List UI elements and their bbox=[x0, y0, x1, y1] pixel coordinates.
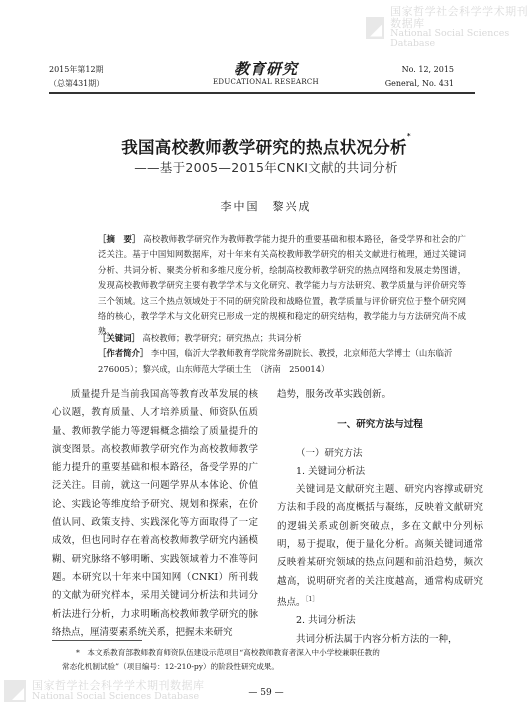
author-info: ［作者简介］ 李中国，临沂大学教师教育学院常务副院长、教授，北京师范大学博士（山… bbox=[98, 346, 466, 377]
section-heading: 一、研究方法与过程 bbox=[277, 416, 483, 434]
footnote-mark: * bbox=[76, 648, 80, 657]
footnote: * 本文系教育部教师教育师资队伍建设示范项目“高校教师教育者深入中小学校兼职任教… bbox=[76, 646, 476, 674]
watermark-en: National Social Sciences Database bbox=[390, 29, 532, 49]
article-subtitle: ——基于2005—2015年CNKI文献的共词分析 bbox=[0, 158, 532, 176]
abstract-text: 高校教师教学研究作为教师教学能力提升的重要基础和根本路径，备受学界和社会的广泛关… bbox=[98, 234, 466, 336]
database-watermark-top: 国家哲学社会科学学术期刊数据库 National Social Sciences… bbox=[366, 6, 532, 49]
issue-number-en: No. 12, 2015 bbox=[385, 63, 454, 77]
article-authors: 李中国 黎兴成 bbox=[0, 198, 532, 214]
keywords-text: 高校教师；教学研究；研究热点；共词分析 bbox=[143, 333, 302, 343]
article-title: 我国高校教师教学研究的热点状况分析* bbox=[0, 134, 532, 158]
footnote-line-1: * 本文系教育部教师教育师资队伍建设示范项目“高校教师教育者深入中小学校兼职任教… bbox=[76, 646, 476, 660]
citation-1: ［1］ bbox=[306, 596, 319, 603]
intro-continuation: 趋势，服务改革实践创新。 bbox=[277, 386, 483, 404]
intro-paragraph: 质量提升是当前我国高等教育改革发展的核心议题，教育质量、人才培养质量、师资队伍质… bbox=[52, 386, 258, 642]
abstract-label: ［摘 要］ bbox=[98, 234, 140, 244]
header-rule bbox=[49, 92, 475, 94]
author-info-label: ［作者简介］ bbox=[98, 348, 148, 358]
footnote-line-2: 常态化机制试验”（项目编号：12-210-py）的阶段性研究成果。 bbox=[62, 660, 476, 674]
method1-text: 关键词是文献研究主题、研究内容撑或研究方法和手段的高度概括与凝练，反映着文献研究… bbox=[277, 484, 483, 608]
body-right-column: 趋势，服务改革实践创新。 一、研究方法与过程 （一）研究方法 1. 关键词分析法… bbox=[277, 386, 483, 649]
footnote-rule bbox=[52, 640, 142, 641]
keywords: ［关键词］ 高校教师；教学研究；研究热点；共词分析 bbox=[98, 331, 466, 346]
total-issue-en: General, No. 431 bbox=[385, 77, 454, 91]
footnote-text-1: 本文系教育部教师教育师资队伍建设示范项目“高校教师教育者深入中小学校兼职任教的 bbox=[87, 648, 379, 657]
author-info-text: 李中国，临沂大学教师教育学院常务副院长、教授，北京师范大学博士（山东临沂 276… bbox=[98, 348, 461, 373]
article-meta: ［关键词］ 高校教师；教学研究；研究热点；共词分析 ［作者简介］ 李中国，临沂大… bbox=[98, 331, 466, 377]
abstract: ［摘 要］ 高校教师教学研究作为教师教学能力提升的重要基础和根本路径，备受学界和… bbox=[98, 232, 466, 340]
page-number: — 59 — bbox=[0, 688, 532, 698]
method1-heading: 1. 关键词分析法 bbox=[277, 463, 483, 481]
watermark-cn: 国家哲学社会科学学术期刊数据库 bbox=[390, 6, 532, 29]
subsection-heading: （一）研究方法 bbox=[277, 445, 483, 463]
body-left-column: 质量提升是当前我国高等教育改革发展的核心议题，教育质量、人才培养质量、师资队伍质… bbox=[52, 386, 258, 642]
database-logo-icon bbox=[366, 17, 384, 39]
method2-heading: 2. 共词分析法 bbox=[277, 612, 483, 630]
keywords-label: ［关键词］ bbox=[98, 333, 140, 343]
issue-info-en: No. 12, 2015 General, No. 431 bbox=[385, 63, 454, 91]
title-footnote-mark: * bbox=[407, 132, 411, 140]
article-title-text: 我国高校教师教学研究的热点状况分析 bbox=[121, 138, 407, 157]
method1-paragraph: 关键词是文献研究主题、研究内容撑或研究方法和手段的高度概括与凝练，反映着文献研究… bbox=[277, 481, 483, 612]
